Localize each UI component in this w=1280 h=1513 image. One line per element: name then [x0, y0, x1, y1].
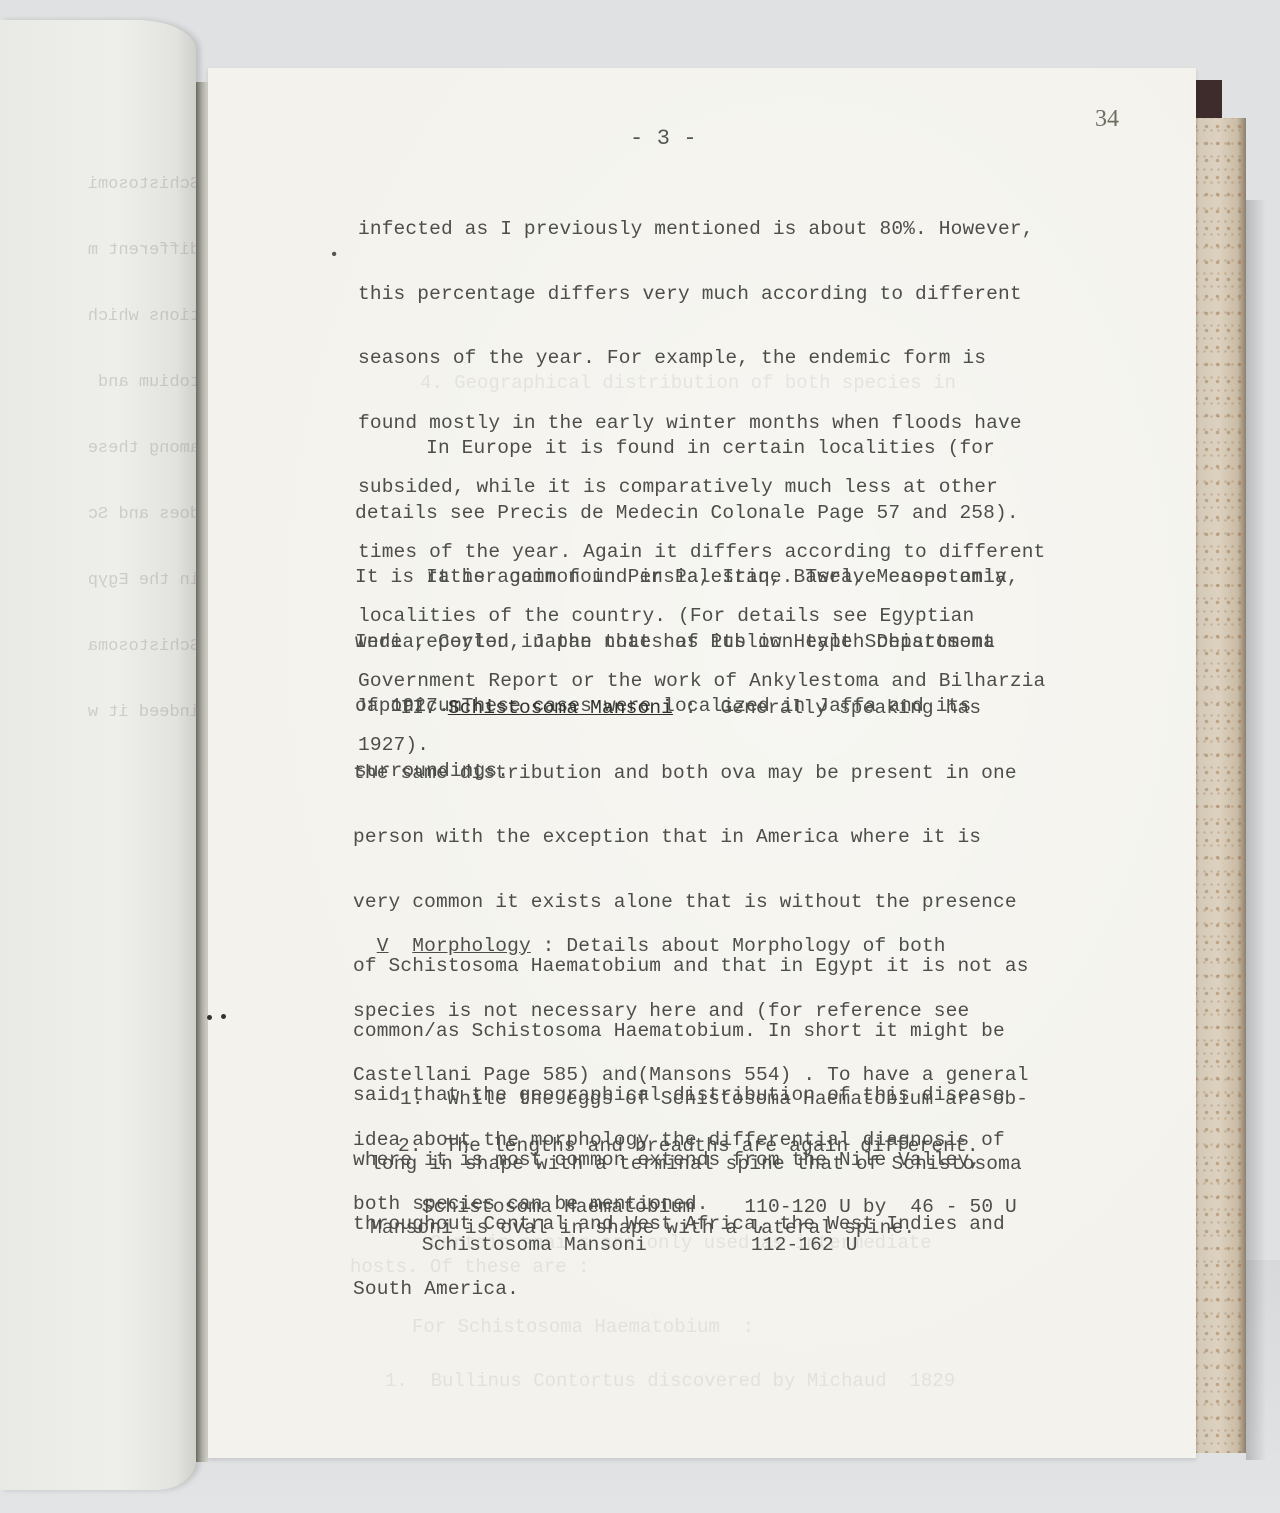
section-v-heading-line: V Morphology : Details about Morphology …: [353, 936, 1029, 958]
measurement-row: Schistosoma Haematobium110-120 U by 46 -…: [398, 1175, 1017, 1218]
text-line: the same distribution and both ova may b…: [353, 763, 1029, 785]
bleed-through-text: 1. Bullinus Contortus discovered by Mich…: [385, 1370, 955, 1392]
text-line: : Generally speaking has: [673, 697, 981, 719]
measurement-size: 112-162 U: [751, 1234, 858, 1256]
ghost-line: tions which: [70, 306, 200, 328]
folio-number: 34: [1095, 106, 1119, 133]
ghost-line: different m: [70, 240, 200, 262]
margin-dot: [221, 1014, 226, 1019]
text-line: 1. While the eggs of Schistosoma Haemato…: [370, 1089, 1028, 1111]
section-heading: Morphology: [412, 935, 531, 957]
margin-dot: [207, 1015, 212, 1020]
text-line: were reported in the notes of Public Hea…: [355, 632, 1007, 654]
text-line: person with the exception that in Americ…: [353, 827, 1029, 849]
ghost-line: tobium and: [70, 372, 200, 394]
text-line: this percentage differs very much accord…: [358, 284, 1045, 306]
text-line: South America.: [353, 1279, 1029, 1301]
section-numeral: II.: [400, 697, 436, 719]
text-line: In Europe it is found in certain localit…: [355, 438, 1019, 460]
measurement-row: Schistosoma Mansoni112-162 U: [398, 1213, 858, 1256]
text-line: infected as I previously mentioned is ab…: [358, 219, 1045, 241]
page-marker: - 3 -: [630, 128, 697, 150]
species-name: Schistosoma Mansoni: [422, 1234, 647, 1256]
section-heading: Schistosoma Mansoni: [448, 697, 673, 719]
ghost-line: Schistosomi: [70, 174, 200, 196]
text-line: seasons of the year. For example, the en…: [358, 348, 1045, 370]
text-line: : Details about Morphology of both: [531, 935, 946, 957]
text-line: It is again found in Palestine. Twelve c…: [355, 567, 1007, 589]
section-ii-heading-line: II. Schistosoma Mansoni : Generally spea…: [353, 698, 1029, 720]
section-numeral-handwritten: V: [377, 935, 389, 957]
book-shadow: [1246, 200, 1266, 1460]
book-cover-corner: [1192, 80, 1222, 120]
ghost-line: indeed it w: [70, 702, 200, 724]
book-page-edges: [1190, 118, 1246, 1453]
left-facing-page: Schistosomi different m tions which tobi…: [0, 20, 196, 1490]
left-page-bleed-text: Schistosomi different m tions which tobi…: [70, 130, 200, 768]
ghost-line: in the Egyp: [70, 570, 200, 592]
ghost-line: among these: [70, 438, 200, 460]
ghost-line: Schistosoma: [70, 636, 200, 658]
list-item-2: 2. The lengths and breadths are again di…: [398, 1136, 979, 1158]
text-line: details see Precis de Medecin Colonale P…: [355, 503, 1019, 525]
text-line: species is not necessary here and (for r…: [353, 1001, 1029, 1023]
ghost-line: does and Sc: [70, 504, 200, 526]
